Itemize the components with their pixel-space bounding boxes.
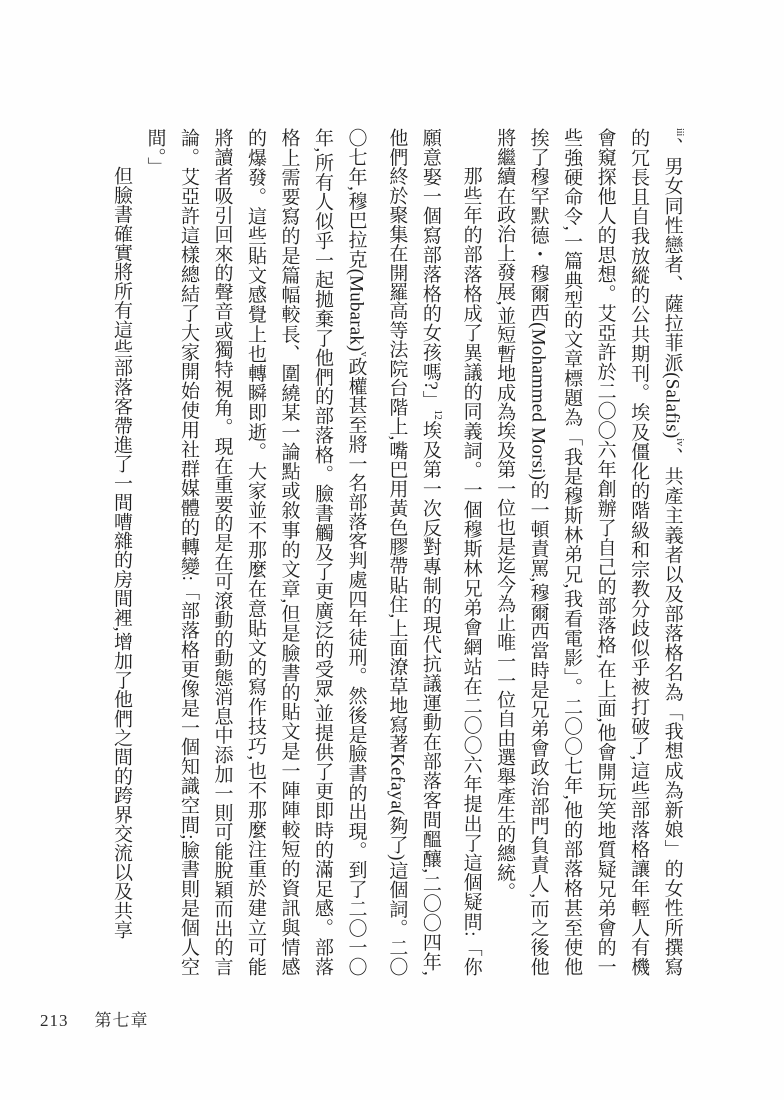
paragraph-text: 、男女同性戀者、薩拉菲派(Salafis) [662,136,683,438]
paragraph-text: 、共產主義者以及部落格名為「我想成為新娘」的女性所撰寫的冗長且自我放縱的公共期刊… [494,128,683,976]
paragraph: iii、男女同性戀者、薩拉菲派(Salafis)iv、共產主義者以及部落格名為「… [488,128,696,976]
chapter-title: 第七章 [95,1006,149,1031]
book-page: iii、男女同性戀者、薩拉菲派(Salafis)iv、共產主義者以及部落格名為「… [0,0,784,1100]
paragraph: 那些年的部落格成了異議的同義詞。一個穆斯林兄弟會網站在二〇〇六年提出了這個疑問:… [138,128,488,976]
paragraph: 但臉書確實將所有這些部落客帶進了一間嘈雜的房間裡,增加了他們之間的跨界交流以及共… [105,128,139,976]
paragraph-text: 但臉書確實將所有這些部落客帶進了一間嘈雜的房間裡,增加了他們之間的跨界交流以及共… [111,166,132,939]
paragraph-text: 政權甚至將一名部落客判處四年徒刑。然後是臉書的出現。到了二〇一〇年,所有人似乎一… [145,128,367,976]
page-footer: 213 第七章 [40,1006,149,1031]
body-text: iii、男女同性戀者、薩拉菲派(Salafis)iv、共產主義者以及部落格名為「… [105,128,696,976]
footnote-marker: 12 [432,410,443,420]
page-number: 213 [40,1011,69,1031]
